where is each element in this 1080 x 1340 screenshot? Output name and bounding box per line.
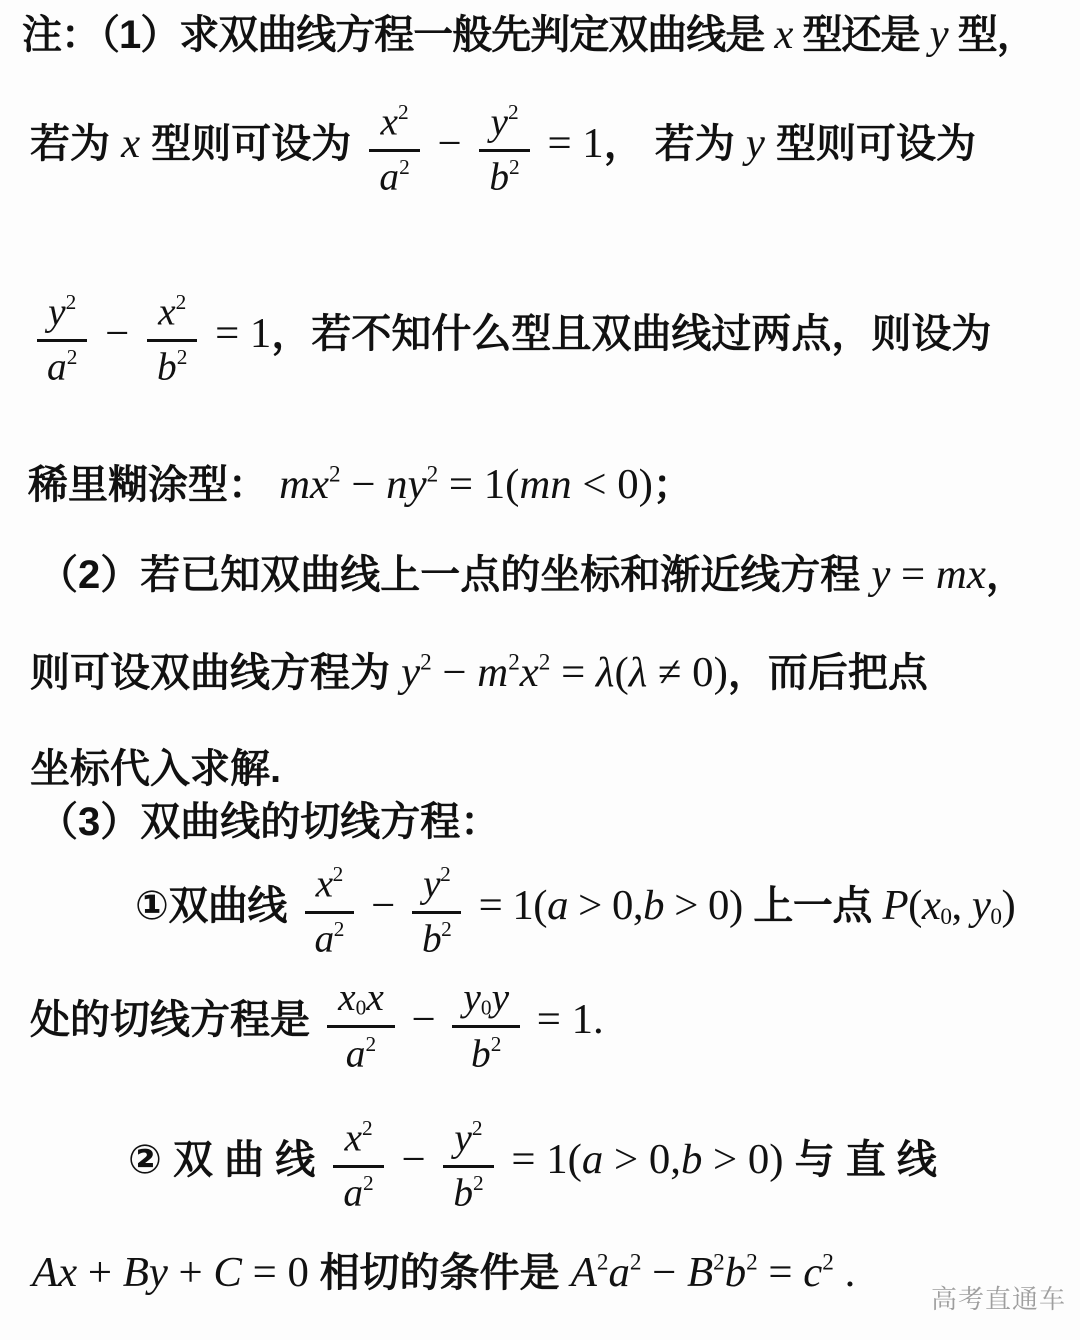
line-tangent-line-equation: 处的切线方程是 x0xa2 − y0yb2 = 1. <box>30 972 604 1076</box>
superscript: 2 <box>508 100 519 124</box>
math-operator: − <box>94 310 140 357</box>
math-operator: + <box>77 1249 123 1296</box>
fraction-denominator: b2 <box>146 342 198 390</box>
fraction-numerator: x0x <box>327 972 395 1028</box>
chinese-text: 若为 <box>30 122 121 166</box>
superscript: 2 <box>491 1032 502 1056</box>
fraction-numerator: y2 <box>443 1112 493 1168</box>
math-variable: y <box>972 882 991 929</box>
math-operator: ( <box>908 882 922 929</box>
fraction-numerator: y2 <box>37 286 87 342</box>
math-operator: = 1 <box>537 120 604 167</box>
math-operator: . <box>834 1249 855 1296</box>
subscript: 0 <box>940 904 951 930</box>
chinese-text: 型还是 <box>792 13 929 57</box>
chinese-text: 处的切线方程是 <box>30 998 321 1042</box>
fraction: x2a2 <box>332 1112 384 1216</box>
math-variable: b <box>422 916 441 960</box>
math-variable: λ <box>596 649 615 696</box>
line-tangency-condition: Ax + By + C = 0 相切的条件是 A2a2 − B2b2 = c2 … <box>32 1246 855 1299</box>
fraction-denominator: a2 <box>335 1028 387 1076</box>
superscript: 2 <box>399 155 410 179</box>
math-variable: mx <box>279 461 329 508</box>
math-operator: = 1( <box>468 882 547 929</box>
chinese-text: （3）双曲线的切线方程： <box>38 800 500 844</box>
superscript: 2 <box>398 100 409 124</box>
superscript: 2 <box>66 290 77 314</box>
math-variable: b <box>725 1249 746 1296</box>
math-variable: m <box>477 649 508 696</box>
math-operator: + <box>168 1249 214 1296</box>
chinese-text: 上一点 <box>743 884 883 928</box>
math-variable: a <box>379 154 399 198</box>
math-variable: y <box>930 11 948 58</box>
math-variable: y <box>401 649 420 696</box>
fraction-numerator: y2 <box>412 858 461 914</box>
superscript: 2 <box>177 345 188 369</box>
math-variable: b <box>681 1136 702 1183</box>
math-variable: a <box>47 344 67 388</box>
line-lambda-equation: 则可设双曲线方程为 y2 − m2x2 = λ(λ ≠ 0)，而后把点 <box>30 646 928 699</box>
chinese-text: 坐标代入求解. <box>30 747 281 791</box>
math-operator: = 1 <box>204 310 271 357</box>
fraction: x0xa2 <box>327 972 395 1076</box>
math-variable: b <box>157 344 177 388</box>
math-operator: − <box>341 461 387 508</box>
line-x-type-equation: 若为 x 型则可设为 x2a2 − y2b2 = 1， 若为 y 型则可设为 <box>30 96 976 200</box>
superscript: 2 <box>441 917 451 941</box>
math-variable: mn <box>519 461 571 508</box>
math-operator: − <box>401 996 447 1043</box>
superscript: 2 <box>508 649 520 675</box>
math-variable: b <box>489 154 509 198</box>
line-tangent-point-statement: ①双曲线 x2a2 − y2b2 = 1(a > 0,b > 0) 上一点 P(… <box>135 858 1015 962</box>
fraction: x2a2 <box>368 96 420 200</box>
math-operator: > 0, <box>603 1136 681 1183</box>
math-variable: x <box>121 120 140 167</box>
math-variable: C <box>213 1249 242 1296</box>
math-variable: ny <box>386 461 426 508</box>
superscript: 2 <box>365 1032 376 1056</box>
math-variable: x <box>380 100 397 144</box>
chinese-text: ，若不知什么型且双曲线过两点，则设为 <box>271 312 991 356</box>
math-operator: , <box>951 882 971 929</box>
chinese-text: 型则可设为 <box>140 122 362 166</box>
math-operator: < 0) <box>572 461 653 508</box>
line-item-3-tangent-heading: （3）双曲线的切线方程： <box>38 797 500 847</box>
math-operator: > 0) <box>664 882 743 929</box>
chinese-text: （1）求双曲线方程一般先判定双曲线是 <box>100 13 774 57</box>
superscript: 2 <box>362 1116 373 1140</box>
math-variable: A <box>571 1249 597 1296</box>
line-item-2-asymptote: （2）若已知双曲线上一点的坐标和渐近线方程 y = mx， <box>38 548 1026 601</box>
fraction-denominator: a2 <box>36 342 88 390</box>
math-variable: By <box>123 1249 168 1296</box>
math-variable: x <box>158 290 175 334</box>
line-y-type-equation: y2a2 − x2b2 = 1，若不知什么型且双曲线过两点，则设为 <box>30 286 991 390</box>
chinese-text: 相切的条件是 <box>320 1251 571 1295</box>
superscript: 2 <box>713 1249 725 1275</box>
math-variable: y <box>871 551 890 598</box>
math-variable: y <box>490 100 507 144</box>
math-variable: y <box>48 290 65 334</box>
math-variable: B <box>687 1249 713 1296</box>
fraction-denominator: b2 <box>460 1028 512 1076</box>
math-variable: P <box>882 882 908 929</box>
superscript: 2 <box>427 461 439 487</box>
line-confused-type-equation: 稀里糊涂型： mx2 − ny2 = 1(mn < 0)； <box>28 458 693 511</box>
fraction: x2b2 <box>146 286 198 390</box>
superscript: 2 <box>334 917 344 941</box>
math-variable: a <box>315 916 334 960</box>
fraction-numerator: x2 <box>305 858 354 914</box>
math-variable: c <box>803 1249 822 1296</box>
chinese-text: ② 双 曲 线 <box>128 1138 326 1182</box>
subscript: 0 <box>990 904 1001 930</box>
chinese-text: 型， <box>948 13 1036 57</box>
math-variable: a <box>343 1170 363 1214</box>
math-operator: − <box>361 882 405 929</box>
math-variable: y <box>423 862 440 906</box>
chinese-text: （2）若已知双曲线上一点的坐标和渐近线方程 <box>38 553 871 597</box>
superscript: 2 <box>363 1171 374 1195</box>
math-variable: x <box>338 975 355 1019</box>
superscript: 2 <box>822 1249 834 1275</box>
math-operator: ) <box>1001 882 1015 929</box>
math-variable: b <box>643 882 664 929</box>
chinese-text: 型则可设为 <box>765 122 976 166</box>
math-variable: b <box>471 1031 491 1075</box>
math-variable: Ax <box>32 1249 77 1296</box>
fraction-numerator: x2 <box>147 286 197 342</box>
fraction-denominator: a2 <box>332 1168 384 1216</box>
math-variable: mx <box>936 551 986 598</box>
notes-page: 注：（1）求双曲线方程一般先判定双曲线是 x 型还是 y 型， 若为 x 型则可… <box>0 0 1080 1340</box>
math-operator: − <box>391 1136 437 1183</box>
math-operator: = <box>890 551 936 598</box>
chinese-text: 与 直 线 <box>784 1138 937 1182</box>
superscript: 2 <box>630 1249 642 1275</box>
line-tangent-with-line: ② 双 曲 线 x2a2 − y2b2 = 1(a > 0,b > 0) 与 直… <box>128 1112 937 1216</box>
math-variable: y <box>492 975 509 1019</box>
superscript: 2 <box>509 155 520 179</box>
fraction-denominator: b2 <box>411 914 462 962</box>
math-operator: = <box>550 649 596 696</box>
fraction: y0yb2 <box>452 972 520 1076</box>
math-variable: a <box>608 1249 629 1296</box>
math-variable: b <box>453 1170 473 1214</box>
fraction: x2a2 <box>303 858 354 962</box>
chinese-text: ， 若为 <box>604 122 746 166</box>
fraction-numerator: y2 <box>479 96 529 152</box>
superscript: 2 <box>539 649 551 675</box>
math-operator: ( <box>614 649 628 696</box>
fraction: y2b2 <box>411 858 462 962</box>
math-variable: x <box>774 11 792 58</box>
math-variable: a <box>582 1136 603 1183</box>
fraction-numerator: y0y <box>452 972 520 1028</box>
math-variable: λ <box>629 649 648 696</box>
fraction-denominator: a2 <box>303 914 354 962</box>
fraction: y2b2 <box>442 1112 494 1216</box>
math-variable: y <box>454 1116 471 1160</box>
subscript: 0 <box>356 996 367 1020</box>
math-operator: = 1( <box>501 1136 582 1183</box>
chinese-text-bold: 注： <box>22 13 100 57</box>
superscript: 2 <box>67 345 78 369</box>
chinese-text: ，而后把点 <box>728 651 928 695</box>
math-variable: x <box>344 1116 361 1160</box>
superscript: 2 <box>329 461 341 487</box>
superscript: 2 <box>420 649 432 675</box>
chinese-text: ， <box>986 553 1026 597</box>
math-variable: x <box>520 649 539 696</box>
math-variable: x <box>922 882 941 929</box>
math-operator: = 1( <box>438 461 519 508</box>
math-variable: a <box>547 882 568 929</box>
math-variable: y <box>463 975 480 1019</box>
line-note-intro: 注：（1）求双曲线方程一般先判定双曲线是 x 型还是 y 型， <box>22 8 1036 61</box>
math-operator: = 0 <box>242 1249 320 1296</box>
fraction: y2a2 <box>36 286 88 390</box>
math-operator: = 1. <box>526 996 604 1043</box>
line-substitute-solve: 坐标代入求解. <box>30 744 281 794</box>
math-operator: = <box>758 1249 804 1296</box>
superscript: 2 <box>176 290 187 314</box>
math-operator: − <box>641 1249 687 1296</box>
fraction-numerator: x2 <box>333 1112 383 1168</box>
chinese-text: 则可设双曲线方程为 <box>30 651 401 695</box>
math-variable: x <box>366 975 383 1019</box>
math-variable: y <box>746 120 765 167</box>
superscript: 2 <box>333 862 343 886</box>
superscript: 2 <box>746 1249 758 1275</box>
math-variable: x <box>316 862 333 906</box>
chinese-text: 稀里糊涂型： <box>28 463 279 507</box>
math-operator: > 0) <box>702 1136 783 1183</box>
chinese-text: ①双曲线 <box>135 884 297 928</box>
superscript: 2 <box>473 1171 484 1195</box>
fraction-denominator: a2 <box>368 152 420 200</box>
fraction: y2b2 <box>478 96 530 200</box>
fraction-denominator: b2 <box>442 1168 494 1216</box>
math-operator: ≠ 0) <box>647 649 728 696</box>
math-operator: − <box>432 649 478 696</box>
subscript: 0 <box>481 996 492 1020</box>
superscript: 2 <box>440 862 450 886</box>
fraction-denominator: b2 <box>478 152 530 200</box>
math-operator: > 0, <box>568 882 643 929</box>
math-operator: − <box>427 120 473 167</box>
fraction-numerator: x2 <box>369 96 419 152</box>
superscript: 2 <box>472 1116 483 1140</box>
watermark-logo: 高考直通车 <box>931 1279 1066 1316</box>
math-variable: a <box>346 1031 366 1075</box>
superscript: 2 <box>597 1249 609 1275</box>
chinese-text: ； <box>653 463 693 507</box>
